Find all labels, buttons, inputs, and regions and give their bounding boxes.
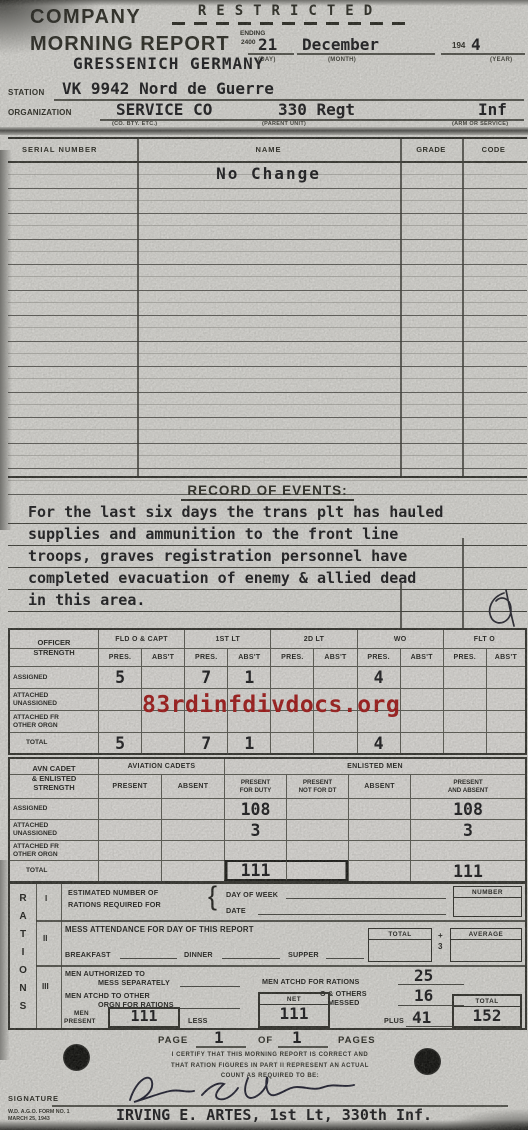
morning-report-scan: RESTRICTED COMPANY MORNING REPORT ENDING…: [0, 0, 528, 1130]
enlisted-row-total: TOTAL 111 111: [10, 860, 525, 881]
location-typed: GRESSENICH GERMANY: [73, 54, 264, 73]
strength-cell: 5: [98, 732, 141, 753]
strength-cell: [98, 819, 161, 840]
events-line: For the last six days the trans plt has …: [8, 502, 527, 524]
org-parent-typed: 330 Regt: [278, 100, 355, 119]
day-of-week-label: DAY OF WEEK: [226, 890, 278, 899]
men-present-value: 111: [110, 1009, 178, 1024]
dinner-label: DINNER: [184, 950, 213, 959]
enlisted-row-attached-unassigned: ATTACHED UNASSIGNED 3 3: [10, 819, 525, 840]
strength-cell: [400, 688, 443, 710]
strength-cell: 111: [410, 860, 525, 881]
page-value: 1: [214, 1028, 224, 1047]
month-rule: [297, 53, 435, 55]
archive-watermark: 83rdinfdivdocs.org: [142, 692, 400, 718]
grand-total-box: TOTAL 152: [452, 994, 522, 1028]
subcol-absent: ABSENT: [161, 774, 224, 798]
date-label: DATE: [226, 906, 246, 915]
subcol-pres: PRES.: [184, 648, 227, 666]
subcol-present-and-absent: PRESENT AND ABSENT: [410, 774, 525, 798]
strength-cell: 108: [410, 798, 525, 819]
strength-cell: [443, 666, 486, 688]
strength-cell: 5: [98, 666, 141, 688]
strength-cell: 108: [224, 798, 286, 819]
events-right-divider: [462, 538, 464, 628]
plus-label: PLUS: [384, 1016, 404, 1025]
group-1st-lt: 1ST LT: [184, 630, 270, 648]
strength-cell: [98, 860, 161, 881]
strength-cell: [141, 666, 184, 688]
strength-cell: 1: [227, 666, 270, 688]
rations-row-divider: [36, 920, 525, 922]
roster-row: [8, 367, 527, 393]
events-line: supplies and ammunition to the front lin…: [8, 524, 527, 546]
roster-row: [8, 265, 527, 291]
strength-cell: [348, 798, 410, 819]
page-rule: [196, 1046, 246, 1048]
strength-cell: [410, 840, 525, 860]
events-title-row: RECORD OF EVENTS:: [8, 482, 527, 501]
subcol-pres: PRES.: [270, 648, 313, 666]
officer-row-assigned: ASSIGNED 5 7 1 4: [10, 666, 525, 688]
subcol-abst: ABS'T: [141, 648, 184, 666]
strength-cell: 3: [224, 819, 286, 840]
signature-label: SIGNATURE: [8, 1094, 59, 1103]
col-code: CODE: [462, 145, 525, 154]
group-2d-lt: 2D LT: [270, 630, 356, 648]
day-of-week-rule: [286, 898, 446, 899]
strength-cell: [141, 732, 184, 753]
col-serial-number: SERIAL NUMBER: [22, 145, 97, 154]
date-day-value: 21: [258, 35, 277, 54]
restricted-underline: [172, 22, 406, 25]
form-number-block: W.D. A.G.O. FORM NO. 1 MARCH 25, 1943: [8, 1109, 70, 1123]
strength-cell: [161, 860, 224, 881]
plus-value: 41: [412, 1008, 431, 1027]
group-flt-o: FLT O: [443, 630, 525, 648]
record-of-events-section: RECORD OF EVENTS: For the last six days …: [8, 478, 527, 628]
strength-cell: 7: [184, 666, 227, 688]
strength-cell: [486, 688, 525, 710]
date-month-value: December: [302, 35, 379, 54]
roster-divider: [400, 139, 402, 476]
roster-divider: [462, 139, 464, 476]
subcol-abst: ABS'T: [227, 648, 270, 666]
subcol-present-not-for-duty: PRESENT NOT FOR DT: [286, 774, 348, 798]
atchd-other-label-1: MEN ATCHD TO OTHER: [65, 991, 150, 1000]
brace-glyph: {: [208, 881, 217, 912]
enlisted-row-assigned: ASSIGNED 108 108: [10, 798, 525, 819]
strength-cell: 4: [357, 666, 400, 688]
subcol-abst: ABS'T: [400, 648, 443, 666]
enlisted-row-attached-fr-other: ATTACHED FR OTHER ORGN: [10, 840, 525, 860]
men-present-box: 111: [108, 1007, 180, 1028]
rations-section: RATIONS I II III ESTIMATED NUMBER OF RAT…: [8, 882, 527, 1030]
roster-row: [8, 240, 527, 266]
men-atchd-rations-label: MEN ATCHD FOR RATIONS: [262, 977, 360, 986]
present-label: PRESENT: [64, 1018, 96, 1025]
average-box: AVERAGE: [450, 928, 522, 962]
strength-cell: 3: [410, 819, 525, 840]
strength-cell: [348, 840, 410, 860]
enlisted-strength-title: AVN CADET & ENLISTED STRENGTH: [10, 759, 98, 798]
row-label: ASSIGNED: [10, 798, 98, 819]
strength-cell: 7: [184, 732, 227, 753]
divide-plus-glyph: +: [438, 931, 443, 940]
company-label: COMPANY: [30, 6, 141, 29]
subcol-abst: ABS'T: [486, 648, 525, 666]
roster-row: [8, 214, 527, 240]
group-wo: WO: [357, 630, 443, 648]
restricted-banner: RESTRICTED: [168, 3, 412, 19]
roster-row: [8, 291, 527, 317]
strength-cell: [98, 710, 141, 732]
strength-cell: [400, 666, 443, 688]
estimated-label-1: ESTIMATED NUMBER OF: [68, 888, 158, 897]
year-digit-typed: 4: [471, 35, 481, 54]
strength-cell: [286, 840, 348, 860]
punch-hole: [63, 1044, 90, 1071]
station-value-typed: VK 9942 Nord de Guerre: [62, 79, 274, 98]
events-line: troops, graves registration personnel ha…: [8, 546, 527, 568]
subcol-present-for-duty: PRESENT FOR DUTY: [224, 774, 286, 798]
rations-numerals-column: I II III: [37, 884, 62, 1028]
row-label: ATTACHED FR OTHER ORGN: [10, 840, 98, 860]
strength-cell: [313, 732, 356, 753]
of-label: OF: [258, 1035, 273, 1046]
number-box-label: NUMBER: [454, 887, 521, 898]
grand-total-value: 152: [454, 1007, 520, 1024]
strength-cell: [98, 798, 161, 819]
row-label: TOTAL: [10, 732, 98, 753]
roster-table: SERIAL NUMBER NAME GRADE CODE No Change: [8, 137, 527, 478]
strength-cell: [486, 710, 525, 732]
net-box: NET 111: [258, 992, 330, 1028]
net-value: 111: [260, 1005, 328, 1022]
strength-cell: [270, 732, 313, 753]
strength-cell: [270, 666, 313, 688]
strength-cell: [161, 840, 224, 860]
breakfast-label: BREAKFAST: [65, 950, 111, 959]
officer-row-total: TOTAL 5 7 1 4: [10, 732, 525, 753]
group-fldo-capt: FLD O & CAPT: [98, 630, 184, 648]
number-box: NUMBER: [453, 886, 522, 917]
subcol-pres: PRES.: [443, 648, 486, 666]
strength-cell: [98, 688, 141, 710]
dinner-rule: [222, 958, 280, 959]
strength-cell: [400, 710, 443, 732]
estimated-label-2: RATIONS REQUIRED FOR: [68, 900, 161, 909]
strength-cell: [443, 732, 486, 753]
no-change-entry: No Change: [137, 164, 400, 183]
events-right-divider: [400, 582, 402, 628]
divide-three: 3: [438, 942, 443, 951]
strength-cell: [348, 860, 410, 881]
enlisted-strength-table: AVIATION CADETS ENLISTED MEN PRESENT ABS…: [8, 757, 527, 883]
roster-divider: [137, 139, 139, 476]
strength-cell: [224, 840, 286, 860]
events-line: completed evacuation of enemy & allied d…: [8, 568, 527, 590]
events-line: in this area.: [8, 590, 527, 612]
col-grade: GRADE: [400, 145, 462, 154]
handwritten-signature: [122, 1068, 372, 1110]
strength-cell: [443, 688, 486, 710]
average-box-label: AVERAGE: [451, 929, 521, 940]
strength-cell-boxed: [286, 860, 348, 881]
pages-label: PAGES: [338, 1035, 376, 1046]
strength-cell: [286, 819, 348, 840]
officer-name-typed: IRVING E. ARTES, 1st Lt, 330th Inf.: [116, 1106, 432, 1124]
strength-cell-boxed: 111: [224, 860, 286, 881]
group-enlisted-men: ENLISTED MEN: [224, 759, 525, 774]
numeral-ii: II: [43, 934, 47, 943]
col-name: NAME: [137, 145, 400, 154]
roster-row: [8, 316, 527, 342]
rations-row-divider: [36, 965, 525, 967]
supper-label: SUPPER: [288, 950, 319, 959]
report-label: MORNING REPORT: [30, 33, 230, 56]
strength-cell: [98, 840, 161, 860]
mess-total-box: TOTAL: [368, 928, 432, 962]
subcol-present: PRESENT: [98, 774, 161, 798]
mess-attendance-title: MESS ATTENDANCE FOR DAY OF THIS REPORT: [65, 925, 254, 934]
ending-time: 2400: [241, 39, 255, 46]
numeral-iii: III: [42, 982, 49, 991]
pages-rule: [278, 1046, 328, 1048]
page-label: PAGE: [158, 1035, 188, 1046]
roster-row: No Change: [8, 163, 527, 189]
roster-row: [8, 393, 527, 419]
events-title: RECORD OF EVENTS:: [181, 483, 353, 501]
subcol-pres: PRES.: [98, 648, 141, 666]
rations-main-area: ESTIMATED NUMBER OF RATIONS REQUIRED FOR…: [62, 884, 525, 1028]
row-label: ATTACHED UNASSIGNED: [10, 688, 98, 710]
strength-cell: [161, 819, 224, 840]
orgn-rations-rule: [180, 1008, 240, 1009]
org-arm-typed: Inf: [478, 100, 507, 119]
group-aviation-cadets: AVIATION CADETS: [98, 759, 224, 774]
pages-value: 1: [292, 1028, 302, 1047]
station-label: STATION: [8, 88, 45, 97]
row-label: ATTACHED FR OTHER ORGN: [10, 710, 98, 732]
roster-header-row: SERIAL NUMBER NAME GRADE CODE: [8, 139, 527, 163]
subcol-abst: ABS'T: [313, 648, 356, 666]
org-company-typed: SERVICE CO: [116, 100, 212, 119]
men-atchd-rations-value: 25: [414, 966, 433, 985]
row-label: TOTAL: [10, 860, 98, 881]
roster-row: [8, 418, 527, 444]
rations-vertical-label: RATIONS: [10, 884, 37, 1028]
roster-row: [8, 342, 527, 368]
cert-line: I CERTIFY THAT THIS MORNING REPORT IS CO…: [112, 1050, 428, 1061]
strength-cell: 4: [357, 732, 400, 753]
men-authorized-label-1: MEN AUTHORIZED TO: [65, 969, 145, 978]
row-label: ATTACHED UNASSIGNED: [10, 819, 98, 840]
year-caption: (YEAR): [490, 57, 512, 63]
roster-row: [8, 189, 527, 215]
year-rule: [441, 53, 525, 55]
strength-cell: [486, 666, 525, 688]
others-messed-label-2: MESSED: [328, 998, 360, 1007]
strength-cell: [313, 666, 356, 688]
organization-label: ORGANIZATION: [8, 108, 72, 117]
less-label: LESS: [188, 1016, 208, 1025]
strength-cell: [443, 710, 486, 732]
row-label: ASSIGNED: [10, 666, 98, 688]
men-authorized-label-2: MESS SEPARATELY: [98, 978, 170, 987]
scan-edge-blotch: [440, 1108, 528, 1130]
month-caption: (MONTH): [328, 57, 356, 63]
strength-cell: [348, 819, 410, 840]
mess-separately-rule: [180, 986, 240, 987]
strength-cell: [286, 798, 348, 819]
supper-rule: [326, 958, 364, 959]
numeral-i: I: [45, 894, 47, 903]
officer-strength-title: OFFICER STRENGTH: [10, 630, 98, 666]
others-messed-value: 16: [414, 986, 433, 1005]
scan-smear-line: [0, 127, 528, 135]
strength-cell: [400, 732, 443, 753]
strength-cell: [161, 798, 224, 819]
breakfast-rule: [120, 958, 177, 959]
subcol-em-absent: ABSENT: [348, 774, 410, 798]
strength-cell: 1: [227, 732, 270, 753]
form-number-line: W.D. A.G.O. FORM NO. 1: [8, 1109, 70, 1116]
mess-total-box-label: TOTAL: [369, 929, 431, 940]
form-number-line: MARCH 25, 1943: [8, 1116, 70, 1123]
strength-cell: [486, 732, 525, 753]
subcol-pres: PRES.: [357, 648, 400, 666]
year-prefix: 194: [452, 41, 465, 50]
date-rule: [258, 914, 446, 915]
handwritten-flourish: [478, 588, 524, 628]
men-label: MEN: [74, 1010, 89, 1017]
roster-row: [8, 444, 527, 470]
